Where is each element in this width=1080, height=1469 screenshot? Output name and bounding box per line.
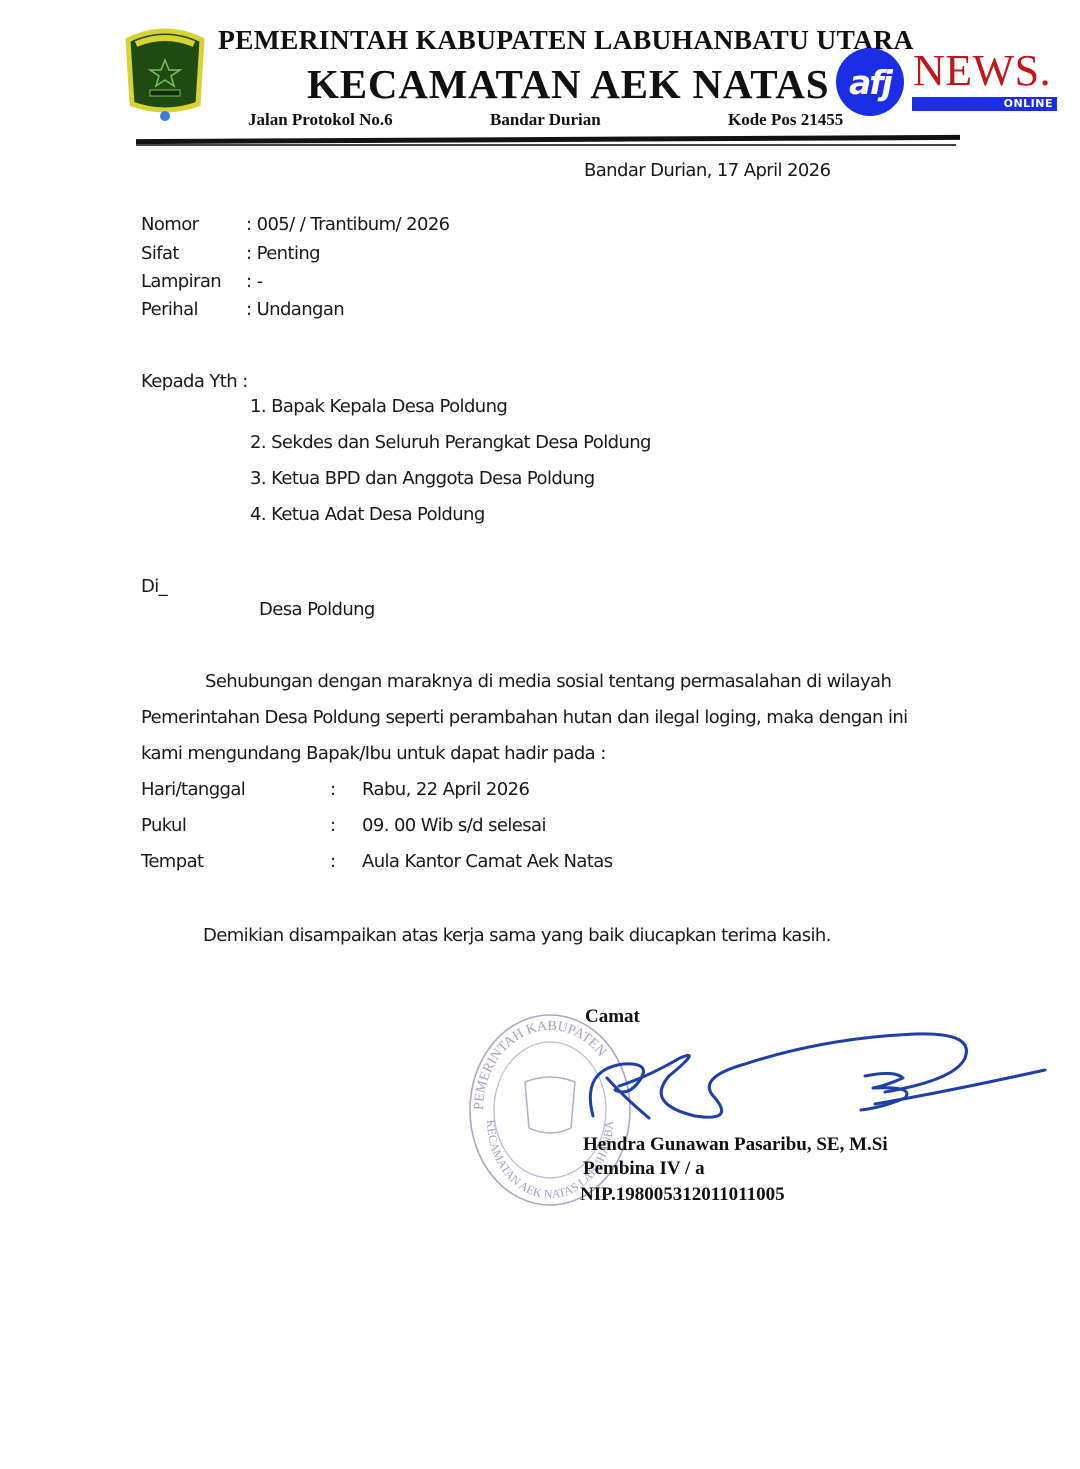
- news-wordmark: NEWS.: [913, 48, 1051, 94]
- letterhead-divider-thin: [136, 144, 956, 146]
- recipient-item: 4. Ketua Adat Desa Poldung: [250, 504, 485, 525]
- signatory-name: Hendra Gunawan Pasaribu, SE, M.Si: [583, 1134, 888, 1156]
- detail-label-place: Tempat: [141, 851, 203, 872]
- detail-label-date: Hari/tanggal: [141, 779, 245, 800]
- closing-sentence: Demikian disampaikan atas kerja sama yan…: [203, 925, 831, 946]
- addressee-intro: Kepada Yth :: [141, 371, 248, 392]
- meta-value-number: : 005/ / Trantibum/ 2026: [246, 214, 450, 235]
- place-and-date: Bandar Durian, 17 April 2026: [584, 160, 830, 181]
- detail-label-time: Pukul: [141, 815, 186, 836]
- meta-label-number: Nomor: [141, 214, 198, 235]
- detail-value-date: Rabu, 22 April 2026: [362, 779, 529, 800]
- address-postal-code: Kode Pos 21455: [728, 110, 843, 130]
- meta-value-attachment: : -: [246, 271, 262, 292]
- recipient-item: 2. Sekdes dan Seluruh Perangkat Desa Pol…: [250, 432, 651, 453]
- handwritten-signature-icon: [585, 1018, 1055, 1148]
- afj-logo-icon: afj: [836, 48, 904, 116]
- meta-value-subject: : Undangan: [246, 299, 344, 320]
- detail-colon: :: [330, 815, 335, 836]
- detail-colon: :: [330, 851, 335, 872]
- government-heading: PEMERINTAH KABUPATEN LABUHANBATU UTARA: [218, 24, 914, 56]
- location: Desa Poldung: [259, 599, 375, 620]
- address-town: Bandar Durian: [490, 110, 601, 130]
- meta-label-subject: Perihal: [141, 299, 198, 320]
- letterhead-divider: [136, 135, 960, 144]
- meta-label-attachment: Lampiran: [141, 271, 221, 292]
- location-prefix: Di_: [141, 576, 167, 597]
- recipient-item: 1. Bapak Kepala Desa Poldung: [250, 396, 507, 417]
- regency-emblem-icon: [122, 26, 208, 122]
- meta-label-nature: Sifat: [141, 243, 179, 264]
- body-line: Pemerintahan Desa Poldung seperti peramb…: [141, 707, 908, 728]
- signatory-nip: NIP.198005312011011005: [580, 1184, 785, 1206]
- detail-value-time: 09. 00 Wib s/d selesai: [362, 815, 546, 836]
- detail-value-place: Aula Kantor Camat Aek Natas: [362, 851, 613, 872]
- news-watermark-logo: afj NEWS. ONLINE: [836, 48, 1061, 118]
- recipient-item: 3. Ketua BPD dan Anggota Desa Poldung: [250, 468, 595, 489]
- body-line: kami mengundang Bapak/Ibu untuk dapat ha…: [141, 743, 606, 764]
- body-line: Sehubungan dengan maraknya di media sosi…: [205, 671, 891, 692]
- online-label: ONLINE: [912, 97, 1057, 111]
- address-street: Jalan Protokol No.6: [248, 110, 393, 130]
- office-heading: KECAMATAN AEK NATAS: [307, 60, 829, 108]
- detail-colon: :: [330, 779, 335, 800]
- meta-value-nature: : Penting: [246, 243, 320, 264]
- signatory-rank: Pembina IV / a: [583, 1158, 705, 1180]
